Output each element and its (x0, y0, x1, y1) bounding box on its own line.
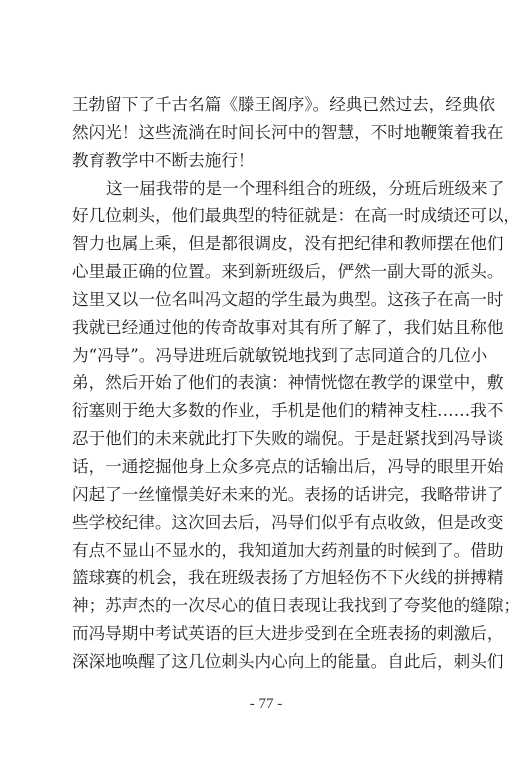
text-line: 神；苏声杰的一次尽心的值日表现让我找到了夸奖他的缝隙； (72, 592, 464, 620)
text-line: 王勃留下了千古名篇《滕王阁序》。经典已然过去，经典依 (72, 91, 464, 119)
text-line: 然闪光！这些流淌在时间长河中的智慧，不时地鞭策着我在 (72, 119, 464, 147)
text-line: 教育教学中不断去施行！ (72, 147, 464, 175)
text-line: 衍塞则于绝大多数的作业，手机是他们的精神支柱……我不 (72, 397, 464, 425)
text-line: 深深地唤醒了这几位刺头内心向上的能量。自此后，刺头们 (72, 648, 464, 676)
text-line: 心里最正确的位置。来到新班级后，俨然一副大哥的派头。 (72, 258, 464, 286)
text-line: 这里又以一位名叫冯文超的学生最为典型。这孩子在高一时 (72, 286, 464, 314)
text-line: 些学校纪律。这次回去后，冯导们似乎有点收敛，但是改变 (72, 509, 464, 537)
page-number: - 77 - (0, 696, 532, 713)
text-line: 我就已经通过他的传奇故事对其有所了解了，我们姑且称他 (72, 314, 464, 342)
text-line: 弟，然后开始了他们的表演：神情恍惚在教学的课堂中，敷 (72, 369, 464, 397)
text-line: 闪起了一丝憧憬美好未来的光。表扬的话讲完，我略带讲了 (72, 481, 464, 509)
paragraph-first-line: 这一届我带的是一个理科组合的班级，分班后班级来了 (72, 175, 464, 203)
text-line: 有点不显山不显水的，我知道加大药剂量的时候到了。借助 (72, 537, 464, 565)
text-line: 篮球赛的机会，我在班级表扬了方旭轻伤不下火线的拼搏精 (72, 564, 464, 592)
text-line: 好几位刺头，他们最典型的特征就是：在高一时成绩还可以， (72, 202, 464, 230)
text-line: 话，一通挖掘他身上众多亮点的话输出后，冯导的眼里开始 (72, 453, 464, 481)
text-line: 为“冯导”。冯导进班后就敏锐地找到了志同道合的几位小 (72, 342, 464, 370)
text-line: 而冯导期中考试英语的巨大进步受到在全班表扬的刺激后， (72, 620, 464, 648)
document-page: 王勃留下了千古名篇《滕王阁序》。经典已然过去，经典依 然闪光！这些流淌在时间长河… (0, 0, 532, 768)
body-text: 王勃留下了千古名篇《滕王阁序》。经典已然过去，经典依 然闪光！这些流淌在时间长河… (72, 91, 464, 676)
text-line: 忍于他们的未来就此打下失败的端倪。于是赶紧找到冯导谈 (72, 425, 464, 453)
text-line: 智力也属上乘，但是都很调皮，没有把纪律和教师摆在他们 (72, 230, 464, 258)
